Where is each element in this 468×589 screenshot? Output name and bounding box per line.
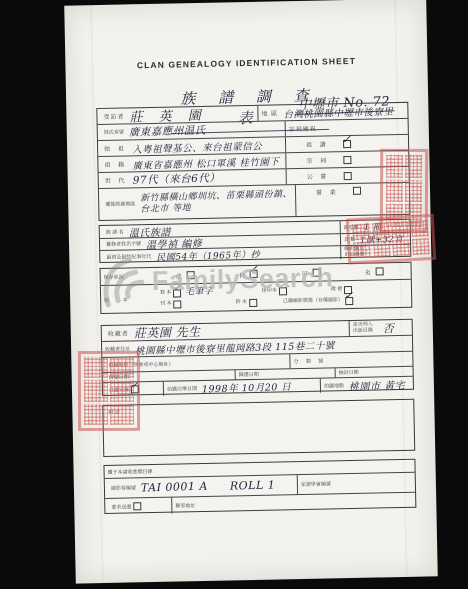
- field-label: 公 嘗: [307, 171, 330, 180]
- field-label: 拍攝完畢日期: [167, 385, 197, 393]
- field-label: 最初及最終紀事年代: [106, 253, 151, 261]
- field-label: 微 捲: [331, 287, 342, 293]
- field-label: 出版目錄: [353, 328, 373, 334]
- field-value: 入粤祖聲基公、來台祖蒙信公: [132, 138, 262, 156]
- field-label: 分 類 號: [293, 357, 326, 365]
- field-label: 關于本譜收進總目錄: [108, 468, 153, 476]
- field-label: 可: [302, 268, 311, 277]
- checkbox-icon: [250, 270, 258, 278]
- field-value: 桃園市 黃宅: [349, 376, 406, 393]
- interviewee-table: 受訪者 莊 英 園 地 區 台灣桃園縣中壢市後寮里 姓氏堂號 廣東嘉應州温氏 宗…: [96, 102, 410, 221]
- field-label: 受訪者: [103, 112, 124, 121]
- genealogy-title-table: 族 譜 名 溫氏族譜 冊卷數 1 冊 纂修者姓名字號 溫學禎 編修 頁 數 1圖…: [99, 219, 412, 263]
- field-label: 收藏者: [108, 328, 129, 337]
- table-row: 遷徙經過地區 新竹縣橫山鄉圳坑、苗栗縣頭份鎮、 台北市 等地 嘗 業: [99, 183, 410, 220]
- field-value: 台灣桃園縣中壢市後寮里: [283, 103, 393, 120]
- field-label: 世 代: [105, 175, 128, 184]
- field-label: 版 本: [104, 296, 148, 304]
- field-label: 姓氏堂號: [104, 129, 124, 136]
- field-label: 出版週期: [344, 252, 364, 258]
- field-value: 廣東省嘉應州 松口軍溪 桂竹園下: [132, 153, 279, 171]
- checkbox-icon: [313, 269, 321, 277]
- field-label: 縮影卷編號: [111, 484, 136, 492]
- checkbox-icon: [343, 155, 351, 163]
- owner-table: 收藏者 莊英園 先生 是否列入 出版目錄 否 收藏者住址 桃園縣中壢市後寮里龍岡…: [101, 319, 414, 396]
- field-value: 莊英園 先生: [134, 323, 201, 342]
- field-label: 已攝縮影微捲（存備縮影）: [283, 298, 343, 305]
- field-label: 鈔 本: [236, 300, 247, 306]
- remarks-box: 附 註: [102, 399, 415, 457]
- field-label: 纂修者姓名字號: [106, 240, 141, 248]
- field-label: 保存狀況: [104, 273, 148, 281]
- field-label: 附 註: [108, 409, 120, 416]
- condition-table: 保存狀況 佳 良 可 劣 版 本 寫 本: [100, 262, 413, 314]
- checkbox-icon: [345, 297, 353, 305]
- field-value: 1 冊: [364, 220, 382, 233]
- checkbox-icon: [376, 267, 384, 275]
- checkbox-icon: [131, 385, 139, 393]
- roll-number-value: ROLL 1: [230, 478, 276, 492]
- checkbox-icon: [174, 300, 182, 308]
- field-label: 郵寄地址: [175, 502, 195, 509]
- checkbox-icon: [343, 139, 351, 147]
- field-label: 遷徙經過地區: [105, 200, 135, 208]
- field-value: 97代（來台6代）: [132, 170, 220, 188]
- field-label: 宗 祠: [306, 155, 329, 164]
- microfilm-frame: { "palette":{"paper":"#f3f2ed","ink":"#2…: [0, 0, 468, 589]
- form-title-english: CLAN GENEALOGY IDENTIFICATION SHEET: [65, 54, 427, 71]
- field-value: 民國54年（1965年）抄: [156, 247, 260, 263]
- film-number-value: TAI 0001 A: [141, 480, 208, 495]
- checkbox-icon: [353, 187, 361, 195]
- checkbox-icon: [279, 287, 287, 295]
- field-label: 已攝完畢: [109, 386, 129, 393]
- field-value: 廣東嘉應州温氏: [129, 123, 206, 140]
- field-label: 歸還日期: [239, 371, 259, 378]
- checkbox-icon: [343, 171, 351, 179]
- field-label: 借攝地點（學會或中心地址）: [108, 360, 173, 368]
- checkbox-icon: [133, 502, 141, 510]
- field-label: 劣: [365, 267, 374, 276]
- field-label: 拍攝地點: [324, 382, 344, 389]
- field-label: 族 譜 名: [106, 228, 124, 235]
- field-label: 地 區: [261, 108, 278, 117]
- field-label: 收藏者住址: [105, 345, 130, 353]
- field-label: 排印本: [262, 289, 277, 295]
- checkbox-icon: [187, 271, 195, 279]
- checkbox-icon: [173, 289, 181, 297]
- field-label: 家譜學會編號: [301, 480, 331, 488]
- field-label: 始 祖: [104, 143, 127, 152]
- field-value: 1998年 10月20 日: [202, 379, 292, 396]
- catalog-table: 關于本譜收進總目錄 縮影卷編號 TAI 0001 A ROLL 1 家譜學會編號…: [103, 459, 416, 514]
- field-label: 頁 數: [344, 236, 356, 243]
- field-label: 寫 本: [160, 291, 171, 297]
- field-label: 要求送還: [111, 503, 131, 510]
- field-label: 借攝日期: [109, 373, 129, 380]
- field-label: 祖 讚: [306, 139, 329, 148]
- table-row: 版 本 寫 本 毛筆字 排印本 微 捲: [101, 280, 411, 314]
- field-label: 祖 籍: [104, 159, 127, 168]
- field-label: 良: [239, 270, 248, 279]
- field-value: 否: [383, 320, 395, 336]
- field-label: 檢討日期: [339, 369, 359, 376]
- checkbox-icon: [249, 299, 257, 307]
- field-label: 佳: [176, 271, 185, 280]
- field-label: 冊卷數: [344, 223, 359, 230]
- field-value: 1圖+32頁: [360, 232, 404, 245]
- scanned-form-page: CLAN GENEALOGY IDENTIFICATION SHEET 族 譜 …: [64, 0, 438, 584]
- field-label: 刊 本: [160, 302, 171, 308]
- temple-column-header: 宗祠廟祝: [289, 124, 317, 134]
- field-label: 嘗 業: [316, 187, 339, 196]
- edition-note: 毛筆字: [185, 288, 214, 299]
